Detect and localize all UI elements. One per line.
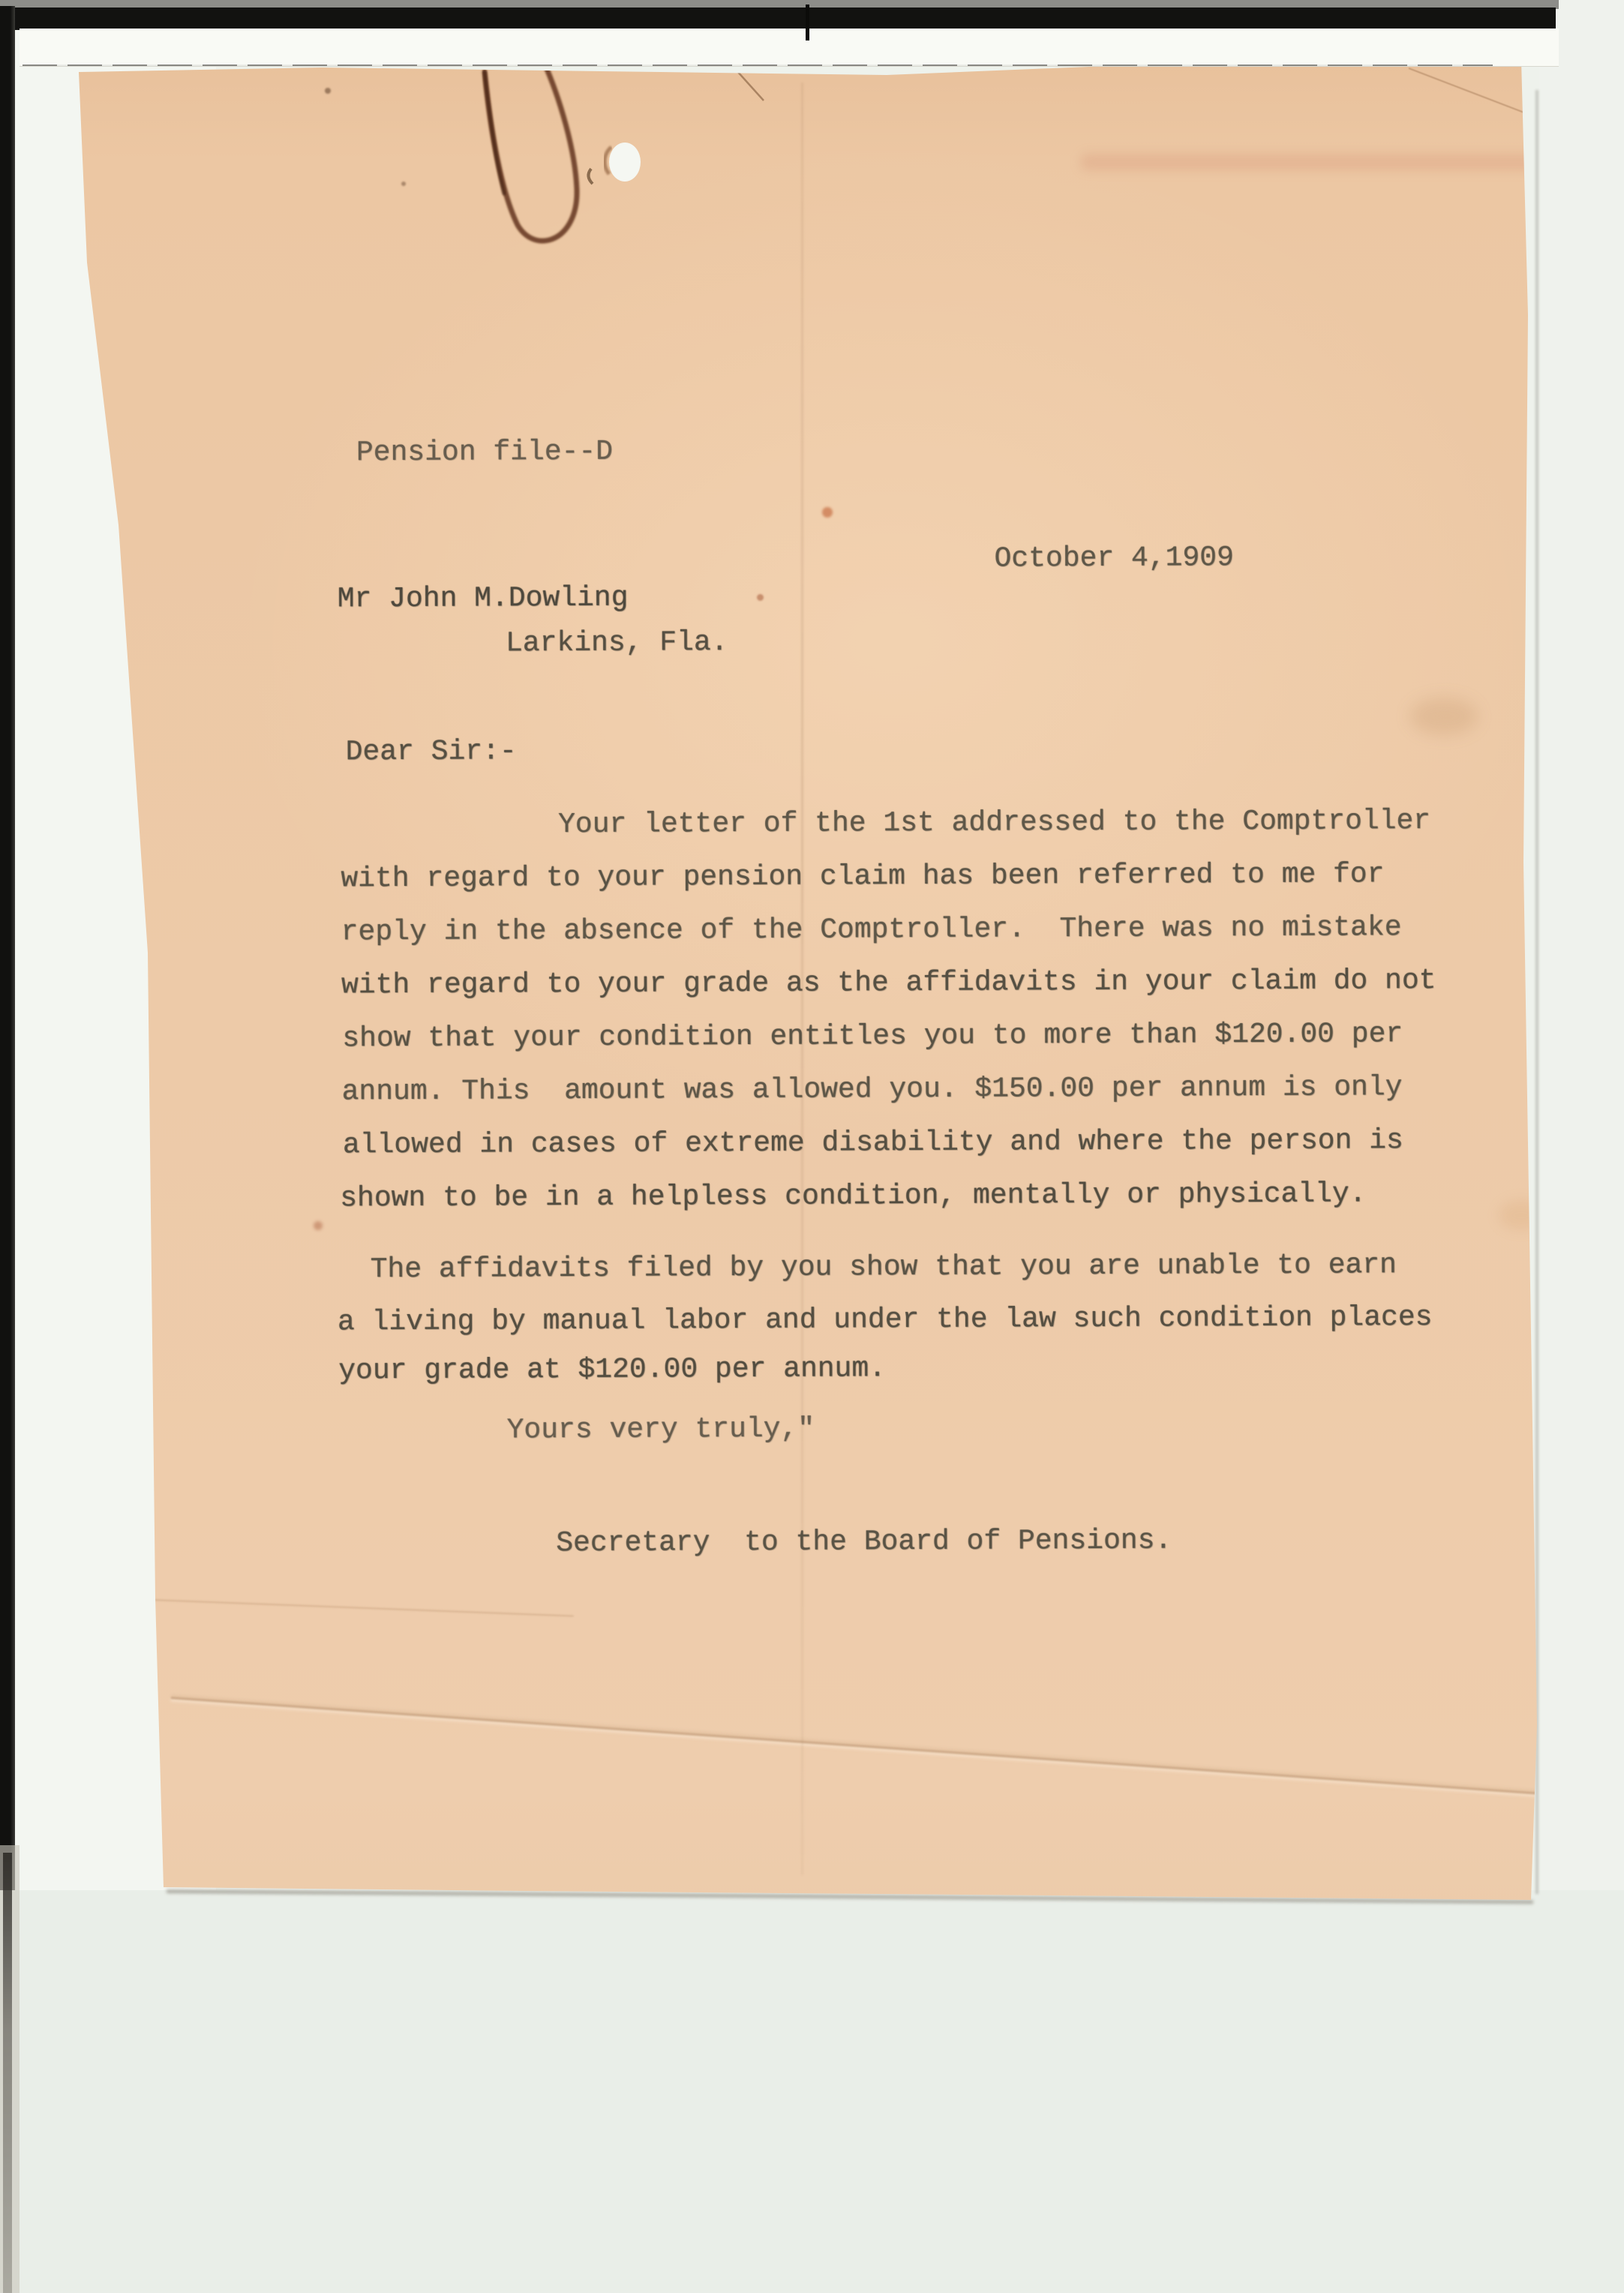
body-line: Your letter of the 1st addressed to the …	[558, 807, 1430, 839]
scratch-line	[23, 65, 1493, 66]
body-line: shown to be in a helpless condition, men…	[340, 1180, 1366, 1213]
signature-line: Secretary to the Board of Pensions.	[556, 1527, 1172, 1559]
body-line: reply in the absence of the Comptroller.…	[341, 914, 1402, 947]
body-line: a living by manual labor and under the l…	[338, 1304, 1433, 1337]
date-line: October 4,1909	[995, 544, 1234, 573]
salutation: Dear Sir:-	[346, 737, 517, 767]
address-line: Larkins, Fla.	[506, 629, 728, 658]
body-line: The affidavits filed by you show that yo…	[371, 1251, 1397, 1284]
scanned-letter-image: Pension file--D October 4,1909 Mr John M…	[0, 0, 1624, 2293]
scan-edge-left-lower	[3, 1853, 12, 2293]
scan-edge-top-black	[0, 8, 1556, 30]
body-line: your grade at $120.00 per annum.	[338, 1355, 886, 1385]
scan-edge-left-black	[0, 6, 15, 1890]
body-line: show that your condition entitles you to…	[342, 1020, 1403, 1053]
body-line: with regard to your pension claim has be…	[341, 860, 1384, 893]
paper-shadow-right	[1535, 90, 1538, 1894]
scan-mark-tick	[806, 5, 809, 41]
sleeve-white-band	[20, 29, 1559, 67]
scan-background-bottom	[0, 1890, 1624, 2293]
body-line: allowed in cases of extreme disability a…	[343, 1127, 1403, 1160]
body-line: annum. This amount was allowed you. $150…	[342, 1073, 1403, 1106]
file-reference: Pension file--D	[356, 438, 613, 467]
recipient-line: Mr John M.Dowling	[338, 584, 629, 614]
closing-line: Yours very truly,"	[507, 1415, 815, 1445]
body-line: with regard to your grade as the affidav…	[341, 967, 1436, 1000]
